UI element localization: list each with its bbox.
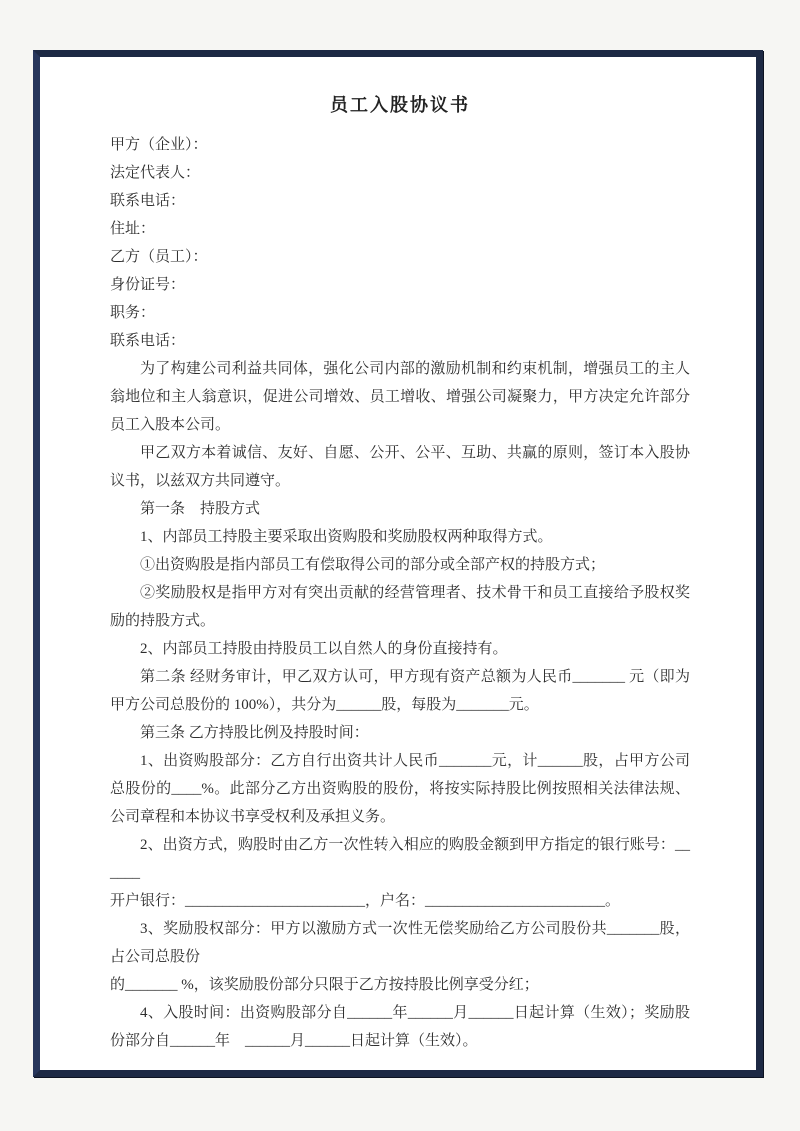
document-content: 员工入股协议书 甲方（企业）： 法定代表人： 联系电话： 住址： 乙方（员工）：… <box>40 57 756 1070</box>
document-page-frame: 员工入股协议书 甲方（企业）： 法定代表人： 联系电话： 住址： 乙方（员工）：… <box>33 50 763 1077</box>
party-line-phone-b: 联系电话： <box>110 327 690 355</box>
party-line-id-number: 身份证号： <box>110 271 690 299</box>
party-line-phone-a: 联系电话： <box>110 187 690 215</box>
paragraph-article-1-item-1b: ②奖励股权是指甲方对有突出贡献的经营管理者、技术骨干和员工直接给予股权奖励的持股… <box>110 579 690 635</box>
paragraph-article-3-item-4: 4、入股时间：出资购股部分自______年______月______日起计算（生… <box>110 999 690 1055</box>
party-line-legal-rep: 法定代表人： <box>110 159 690 187</box>
paragraph-article-3-item-2-bank: 开户银行：________________________，户名：_______… <box>110 887 690 915</box>
paragraph-article-3-item-1: 1、出资购股部分：乙方自行出资共计人民币_______元，计______股，占甲… <box>110 747 690 831</box>
paragraph-article-3-heading: 第三条 乙方持股比例及持股时间： <box>110 719 690 747</box>
paragraph-article-1-heading: 第一条 持股方式 <box>110 495 690 523</box>
paragraph-article-1-item-1: 1、内部员工持股主要采取出资购股和奖励股权两种取得方式。 <box>110 523 690 551</box>
party-line-position: 职务： <box>110 299 690 327</box>
paragraph-article-2: 第二条 经财务审计，甲乙双方认可，甲方现有资产总额为人民币_______ 元（即… <box>110 663 690 719</box>
paragraph-article-3-item-3: 3、奖励股权部分：甲方以激励方式一次性无偿奖励给乙方公司股份共_______股，… <box>110 915 690 971</box>
paragraph-article-1-item-1a: ①出资购股是指内部员工有偿取得公司的部分或全部产权的持股方式； <box>110 551 690 579</box>
party-line-jiafang: 甲方（企业）： <box>110 131 690 159</box>
party-line-yifang: 乙方（员工）： <box>110 243 690 271</box>
paragraph-article-3-item-2: 2、出资方式，购股时由乙方一次性转入相应的购股金额到甲方指定的银行账号：____… <box>110 831 690 887</box>
paragraph-article-3-item-3-cont: 的_______ %，该奖励股份部分只限于乙方按持股比例享受分红； <box>110 971 690 999</box>
paragraph-preamble-1: 为了构建公司利益共同体，强化公司内部的激励机制和约束机制，增强员工的主人翁地位和… <box>110 355 690 439</box>
paragraph-article-1-item-2: 2、内部员工持股由持股员工以自然人的身份直接持有。 <box>110 635 690 663</box>
document-title: 员工入股协议书 <box>110 93 690 117</box>
party-line-address: 住址： <box>110 215 690 243</box>
paragraph-preamble-2: 甲乙双方本着诚信、友好、自愿、公开、公平、互助、共赢的原则，签订本入股协议书，以… <box>110 439 690 495</box>
